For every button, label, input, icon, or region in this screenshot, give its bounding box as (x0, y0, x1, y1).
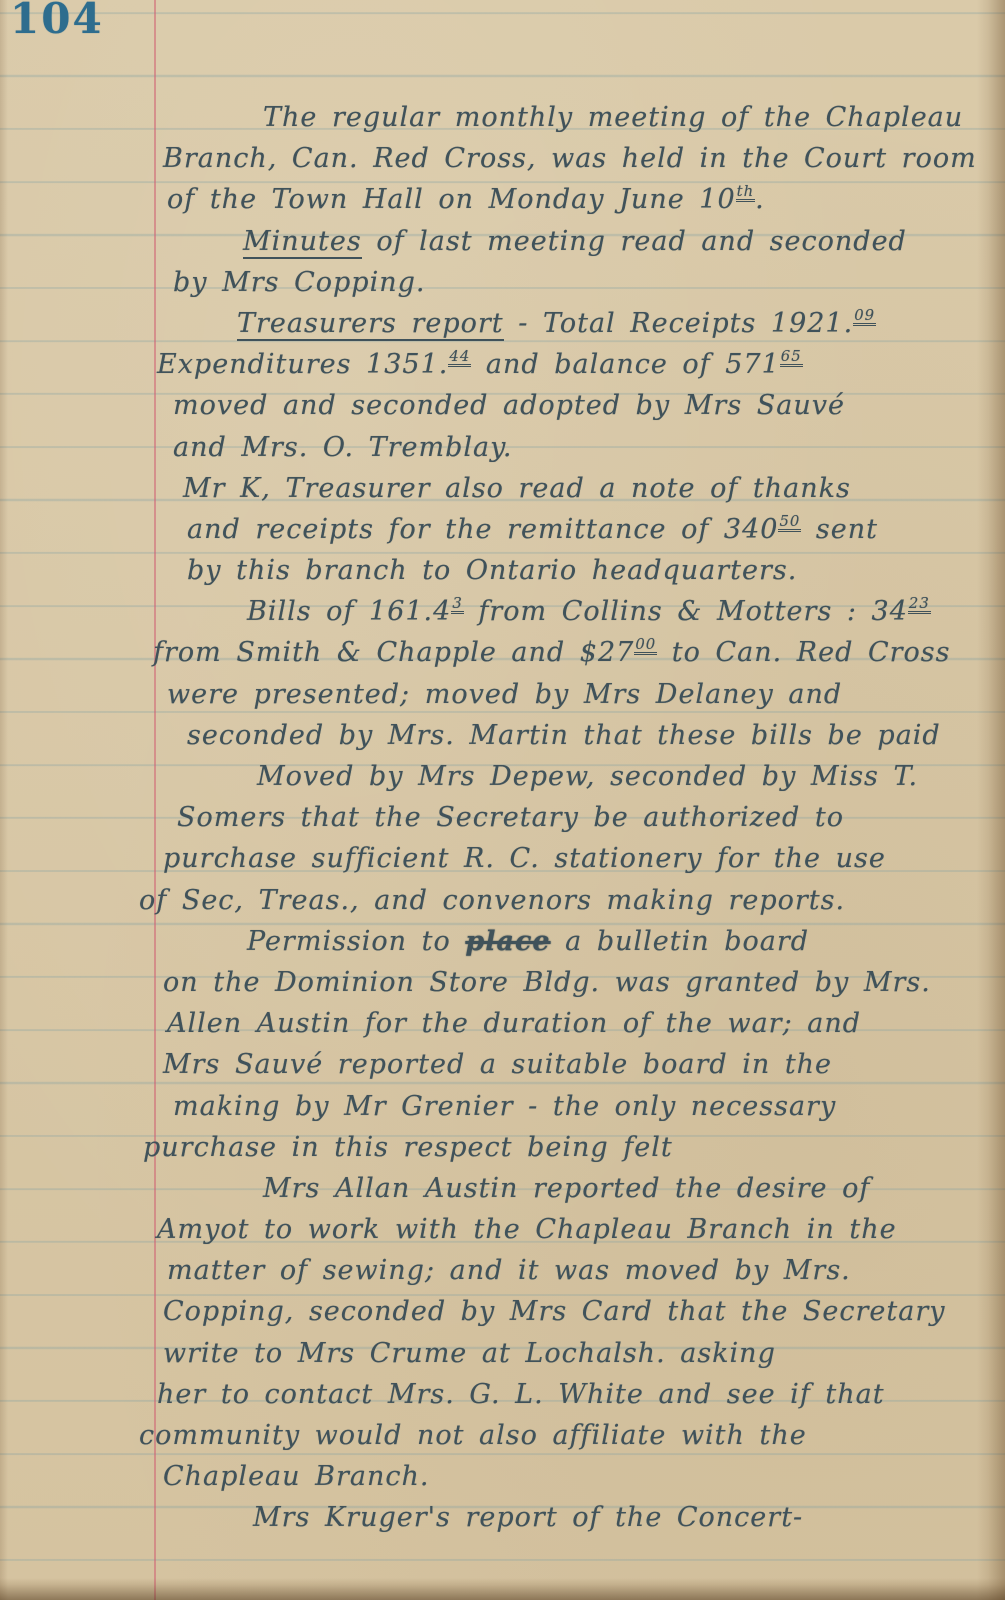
handwriting-segment: community would not also affiliate with … (139, 1420, 807, 1451)
handwriting-line: making by Mr Grenier - the only necessar… (173, 1091, 1000, 1132)
handwriting-segment: Somers that the Secretary be authorized … (177, 802, 844, 833)
handwriting-segment: Allen Austin for the duration of the war… (167, 1008, 861, 1039)
notebook-page: 104 The regular monthly meeting of the C… (0, 0, 1005, 1600)
handwriting-line: and Mrs. O. Tremblay. (173, 432, 1000, 473)
handwriting-line: were presented; moved by Mrs Delaney and (167, 679, 1000, 720)
handwriting-segment: Amyot to work with the Chapleau Branch i… (157, 1214, 897, 1245)
handwriting-segment: were presented; moved by Mrs Delaney and (167, 679, 842, 710)
handwriting-segment: The regular monthly meeting of the Chapl… (263, 102, 963, 133)
handwriting-segment: Minutes (243, 226, 362, 259)
handwriting-line: on the Dominion Store Bldg. was granted … (163, 967, 1000, 1008)
handwriting-segment: making by Mr Grenier - the only necessar… (173, 1091, 836, 1122)
handwriting-segment: Expenditures 1351. (157, 349, 448, 380)
handwriting-line: Bills of 161.43 from Collins & Motters :… (247, 596, 1000, 637)
handwriting-line: seconded by Mrs. Martin that these bills… (187, 720, 1000, 761)
page-edge-shadow-right (977, 0, 1005, 1600)
handwriting-line: write to Mrs Crume at Lochalsh. asking (163, 1338, 1000, 1379)
handwriting-line: by this branch to Ontario headquarters. (187, 555, 1000, 596)
handwriting-line: purchase in this respect being felt (143, 1132, 1000, 1173)
handwriting-segment: 50 (778, 514, 801, 532)
handwriting-line: Permission to place a bulletin board (247, 926, 1000, 967)
handwriting-line: Expenditures 1351.44 and balance of 5716… (157, 349, 1000, 390)
handwriting-line: purchase sufficient R. C. stationery for… (163, 843, 1000, 884)
handwriting-segment: Chapleau Branch. (163, 1461, 429, 1492)
handwriting-line: Somers that the Secretary be authorized … (177, 802, 1000, 843)
handwriting-segment: on the Dominion Store Bldg. was granted … (163, 967, 931, 998)
handwriting-segment: her to contact Mrs. G. L. White and see … (157, 1379, 885, 1410)
handwriting-segment: write to Mrs Crume at Lochalsh. asking (163, 1338, 776, 1369)
handwriting-line: Chapleau Branch. (163, 1461, 1000, 1502)
handwriting-segment: 44 (448, 349, 471, 367)
handwriting-segment: moved and seconded adopted by Mrs Sauvé (173, 390, 845, 421)
handwriting-line: community would not also affiliate with … (139, 1420, 1000, 1461)
page-edge-shadow-bottom (0, 1578, 1005, 1600)
handwriting-segment: purchase in this respect being felt (143, 1132, 673, 1163)
handwriting-segment: seconded by Mrs. Martin that these bills… (187, 720, 941, 751)
handwriting-line: Branch, Can. Red Cross, was held in the … (163, 143, 1000, 184)
handwriting-segment: from Collins & Motters : 34 (464, 596, 908, 627)
handwriting-line: of Sec, Treas., and convenors making rep… (139, 885, 1000, 926)
handwriting-segment: Branch, Can. Red Cross, was held in the … (163, 143, 977, 174)
handwriting-line: Amyot to work with the Chapleau Branch i… (157, 1214, 1000, 1255)
handwriting-segment: 09 (853, 308, 876, 326)
handwriting-line: of the Town Hall on Monday June 10th. (167, 184, 1000, 225)
handwriting-segment: of the Town Hall on Monday June 10 (167, 184, 736, 215)
handwriting-segment: of Sec, Treas., and convenors making rep… (139, 885, 845, 916)
handwriting-line: her to contact Mrs. G. L. White and see … (157, 1379, 1000, 1420)
handwriting-segment: and receipts for the remittance of 340 (187, 514, 778, 545)
handwriting-line: matter of sewing; and it was moved by Mr… (167, 1255, 1000, 1296)
handwriting-segment: 00 (634, 637, 657, 655)
handwriting-line: by Mrs Copping. (173, 267, 1000, 308)
handwriting-segment: by this branch to Ontario headquarters. (187, 555, 797, 586)
handwriting-segment: to Can. Red Cross (657, 637, 950, 668)
handwriting-line: and receipts for the remittance of 34050… (187, 514, 1000, 555)
handwriting-line: moved and seconded adopted by Mrs Sauvé (173, 390, 1000, 431)
handwriting-segment: Mrs Kruger's report of the Concert- (253, 1502, 803, 1533)
handwriting-segment: and Mrs. O. Tremblay. (173, 432, 512, 463)
handwriting-segment: Mrs Allan Austin reported the desire of (263, 1173, 870, 1204)
handwriting-segment: Mrs Sauvé reported a suitable board in t… (163, 1049, 832, 1080)
handwriting-block: The regular monthly meeting of the Chapl… (135, 102, 1000, 1544)
page-edge-shadow-left (0, 0, 8, 1600)
handwriting-segment: 3 (451, 596, 463, 614)
handwriting-segment: Copping, seconded by Mrs Card that the S… (163, 1296, 945, 1327)
handwriting-segment: a bulletin board (551, 926, 809, 957)
handwriting-line: Mrs Allan Austin reported the desire of (263, 1173, 1000, 1214)
handwriting-segment: 23 (908, 596, 931, 614)
handwriting-segment: th (736, 184, 756, 202)
handwriting-line: Mrs Sauvé reported a suitable board in t… (163, 1049, 1000, 1090)
handwriting-segment: Moved by Mrs Depew, seconded by Miss T. (257, 761, 918, 792)
handwriting-segment: 65 (780, 349, 803, 367)
page-number: 104 (10, 0, 104, 43)
handwriting-segment: and balance of 571 (471, 349, 780, 380)
handwriting-segment: Permission to (247, 926, 465, 957)
handwriting-line: Moved by Mrs Depew, seconded by Miss T. (257, 761, 1000, 802)
handwriting-line: Copping, seconded by Mrs Card that the S… (163, 1296, 1000, 1337)
handwriting-line: Mr K, Treasurer also read a note of than… (183, 473, 1000, 514)
handwriting-segment: Mr K, Treasurer also read a note of than… (183, 473, 851, 504)
handwriting-segment: place (465, 926, 550, 957)
handwriting-segment: matter of sewing; and it was moved by Mr… (167, 1255, 851, 1286)
handwriting-line: Allen Austin for the duration of the war… (167, 1008, 1000, 1049)
handwriting-segment: . (755, 184, 765, 215)
handwriting-segment: - Total Receipts 1921. (504, 308, 854, 339)
handwriting-segment: by Mrs Copping. (173, 267, 425, 298)
handwriting-segment: from Smith & Chapple and $27 (153, 637, 634, 668)
handwriting-segment: of last meeting read and seconded (362, 226, 907, 257)
handwriting-line: Treasurers report - Total Receipts 1921.… (237, 308, 1000, 349)
handwriting-line: Minutes of last meeting read and seconde… (243, 226, 1000, 267)
handwriting-segment: sent (801, 514, 878, 545)
handwriting-segment: Bills of 161.4 (247, 596, 451, 627)
handwriting-line: from Smith & Chapple and $2700 to Can. R… (153, 637, 1000, 678)
handwriting-segment: Treasurers report (237, 308, 504, 341)
handwriting-line: The regular monthly meeting of the Chapl… (263, 102, 1000, 143)
handwriting-segment: purchase sufficient R. C. stationery for… (163, 843, 886, 874)
handwriting-line: Mrs Kruger's report of the Concert- (253, 1502, 1000, 1543)
